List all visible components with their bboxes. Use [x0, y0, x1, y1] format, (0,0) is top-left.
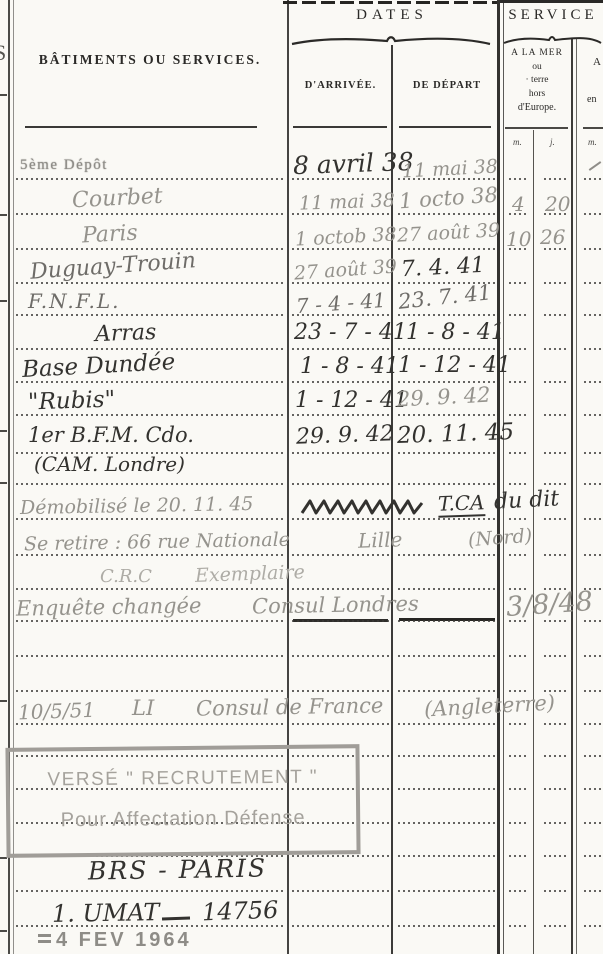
row-dotted-line [292, 655, 389, 657]
row-dotted-line [544, 452, 566, 454]
row-dotted-line [584, 248, 602, 250]
row-dotted-line [544, 723, 566, 725]
header-dates: DATES [292, 7, 492, 24]
row-depart: 7. 4. 41 [400, 253, 485, 282]
row-dotted-line [509, 414, 527, 416]
row-dotted-line [16, 890, 286, 892]
row-depart: 1 octo 38 [398, 183, 498, 214]
row-dotted-line [544, 620, 566, 622]
row-dotted-line [16, 213, 286, 215]
header-mer-line1: A LA MER [504, 47, 570, 61]
row-dotted-line [509, 655, 527, 657]
note-crc: C.R.C [100, 566, 152, 587]
date-stamp-mark [38, 940, 51, 943]
row-dotted-line [16, 588, 286, 590]
row-dotted-line [544, 925, 566, 927]
row-depart: 23. 7. 41 [397, 280, 493, 314]
row-dotted-line [584, 925, 602, 927]
row-arrivee: 8 avril 38 [293, 147, 415, 180]
row-dotted-line [16, 452, 286, 454]
row-dotted-line [16, 925, 286, 927]
row-dotted-line [292, 452, 389, 454]
row-dotted-line [509, 554, 527, 556]
row-service-mois: 4 [512, 192, 525, 216]
header-mer-line3: · terre [504, 74, 570, 88]
row-dotted-line [584, 381, 602, 383]
row-dotted-line [398, 314, 496, 316]
row-dotted-line [584, 788, 602, 790]
row-dotted-line [509, 822, 527, 824]
col-line-mois-jours [533, 130, 534, 954]
row-dotted-line [398, 788, 496, 790]
margin-tick [0, 700, 7, 702]
note-retire: Se retire : 66 rue Nationale [24, 529, 290, 556]
row-dotted-line [398, 925, 496, 927]
header-mer-line4: hors [504, 88, 570, 102]
note-retire-nord: (Nord) [467, 525, 533, 551]
row-depart: 29. 9. 42 [396, 383, 491, 412]
scan-edge-top-right [500, 0, 603, 3]
row-dotted-line [544, 314, 566, 316]
row-dotted-line [509, 755, 527, 757]
row-dotted-line [398, 655, 496, 657]
row-dotted-line [16, 348, 286, 350]
note-enquete-consul: Consul Londres [252, 592, 419, 619]
row-dotted-line [544, 855, 566, 857]
row-dotted-line [16, 314, 286, 316]
header-rule [583, 127, 603, 129]
row-dotted-line [398, 213, 496, 215]
row-dotted-line [544, 554, 566, 556]
row-dotted-line [292, 620, 389, 622]
row-service-mois: 10 [506, 227, 531, 251]
row-depart: 20. 11. 45 [397, 419, 515, 449]
row-dotted-line [398, 348, 496, 350]
unit-jours: j. [550, 137, 555, 147]
row-dotted-line [584, 554, 602, 556]
row-dotted-line [16, 690, 286, 692]
row-arrivee: 11 mai 38 [299, 189, 396, 214]
row-depart: 27 août 39 [396, 219, 500, 246]
row-dotted-line [509, 723, 527, 725]
row-dotted-line [584, 414, 602, 416]
note-consul-text: Consul de France [196, 693, 384, 720]
note-consul-li: LI [132, 696, 154, 720]
row-dotted-line [544, 518, 566, 520]
row-dotted-line [292, 690, 389, 692]
row-dotted-line [16, 620, 286, 622]
row-dotted-line [544, 178, 566, 180]
row-dotted-line [292, 414, 389, 416]
row-dotted-line [292, 554, 389, 556]
row-name: 1er B.F.M. Cdo. [28, 423, 194, 447]
verse-stamp-line2: Pour Affectation Défense [10, 806, 356, 833]
row-dotted-line [292, 348, 389, 350]
row-dotted-line [292, 925, 389, 927]
col-line-service-terre-a [571, 38, 573, 954]
row-dotted-line [398, 588, 496, 590]
row-dotted-line [509, 788, 527, 790]
service-brace [502, 33, 603, 46]
row-dotted-line [584, 213, 602, 215]
row-dotted-line [544, 348, 566, 350]
row-dotted-line [584, 690, 602, 692]
row-dotted-line [584, 822, 602, 824]
header-terre-en: en [587, 94, 596, 105]
row-dotted-line [544, 890, 566, 892]
note-du-dit: du dit [493, 486, 559, 514]
row-dotted-line [398, 483, 496, 485]
row-dotted-line [292, 483, 389, 485]
row-dotted-line [509, 518, 527, 520]
margin-tick [0, 482, 7, 484]
row-dotted-line [398, 554, 496, 556]
header-mer-line2: ou [504, 61, 570, 75]
row-dotted-line [584, 855, 602, 857]
margin-tick [0, 94, 7, 96]
note-consul-angleterre: (Angleterre) [423, 691, 555, 722]
note-consul-date: 10/5/51 [18, 698, 96, 725]
row-arrivee: 23 - 7 - 41 [294, 320, 407, 345]
row-dotted-line [398, 822, 496, 824]
row-dotted-line [398, 855, 496, 857]
row-dotted-line [292, 518, 389, 520]
date-stamp: 4 FEV 1964 [56, 929, 192, 952]
row-dotted-line [16, 178, 286, 180]
row-dotted-line [292, 890, 389, 892]
row-name: Courbet [71, 184, 163, 214]
row-dotted-line [16, 518, 286, 520]
row-dotted-line [16, 414, 286, 416]
dates-brace [290, 33, 492, 47]
margin-letter: S [0, 40, 6, 66]
row-dotted-line [398, 248, 496, 250]
header-arrivee: D'ARRIVÉE. [292, 80, 389, 91]
unit-mois-2: m. [588, 137, 597, 147]
row-dotted-line [16, 381, 286, 383]
row-name: Paris [81, 221, 138, 249]
header-depart: DE DÉPART [398, 80, 496, 91]
note-tca: T.CA [438, 490, 485, 518]
row-dotted-line [398, 452, 496, 454]
row-dotted-line [544, 655, 566, 657]
verse-stamp-line1: VERSÉ " RECRUTEMENT " [10, 766, 356, 792]
row-dotted-line [584, 723, 602, 725]
note-enquete-date: 3/8/48 [505, 586, 594, 623]
row-dotted-line [584, 314, 602, 316]
header-mer: A LA MER ou · terre hors d'Europe. [504, 47, 570, 115]
row-dotted-line [584, 452, 602, 454]
row-dotted-line [398, 890, 496, 892]
note-enquete: Enquête changée [16, 593, 202, 620]
header-service: SERVICE [503, 7, 603, 24]
row-dotted-line [544, 788, 566, 790]
margin-tick [0, 930, 7, 932]
header-mer-line5: d'Europe. [504, 101, 570, 115]
header-rule [505, 127, 568, 129]
row-name: F.N.F.L. [28, 289, 120, 313]
note-retire-lille: Lille [358, 527, 403, 553]
col-line-service-terre-b [576, 38, 577, 954]
row-name: 5ème Dépôt [20, 157, 108, 174]
row-dotted-line [509, 890, 527, 892]
col-line-dates-service-b [503, 0, 504, 954]
row-dotted-line [16, 723, 286, 725]
row-dotted-line [584, 620, 602, 622]
row-arrivee: 29. 9. 42 [296, 421, 395, 449]
row-dotted-line [398, 755, 496, 757]
row-name: Duguay-Trouin [29, 248, 196, 285]
col-line-dates-service-a [497, 0, 500, 954]
header-rule [25, 126, 257, 128]
row-dotted-line [509, 178, 527, 180]
note-brs-paris: BRS - PARIS [88, 853, 268, 885]
scribble [300, 497, 428, 517]
row-service-jours: 26 [540, 225, 565, 249]
row-dotted-line [544, 282, 566, 284]
row-depart: 1 - 12 - 41 [398, 353, 511, 378]
row-dotted-line [544, 822, 566, 824]
header-rule [399, 126, 491, 128]
row-dotted-line [544, 755, 566, 757]
row-name: "Rubis" [28, 386, 116, 415]
umat-dash [162, 917, 190, 920]
row-depart: 1 - 8 - 41 [406, 320, 505, 345]
row-dotted-line [16, 483, 286, 485]
row-dotted-line [584, 655, 602, 657]
row-dotted-line [544, 381, 566, 383]
row-name: Base Dundée [21, 349, 176, 383]
row-dotted-line [584, 282, 602, 284]
note-demobilise: Démobilisé le 20. 11. 45 [20, 493, 254, 519]
row-dotted-line [584, 518, 602, 520]
row-dotted-line [544, 483, 566, 485]
verse-recrutement-stamp: VERSÉ " RECRUTEMENT " Pour Affectation D… [5, 744, 360, 858]
row-dotted-line [292, 723, 389, 725]
service-record-page: S BÂTIMENTS OU SERVICES. DATES SERVICE D… [0, 0, 603, 954]
row-dotted-line [509, 348, 527, 350]
row-arrivee: 1 octob 38 [294, 223, 397, 250]
row-dotted-line [509, 452, 527, 454]
margin-tick [0, 430, 7, 432]
row-dotted-line [584, 890, 602, 892]
row-dotted-line [292, 855, 389, 857]
note-umat-number: 14756 [202, 896, 279, 927]
row-dotted-line [16, 554, 286, 556]
row-dotted-line [398, 518, 496, 520]
row-name: (CAM. Londre) [34, 452, 185, 476]
margin-tick [0, 214, 7, 216]
row-dotted-line [398, 620, 496, 622]
row-dotted-line [584, 483, 602, 485]
row-dotted-line [292, 588, 389, 590]
unit-mois: m. [513, 137, 522, 147]
row-dotted-line [16, 282, 286, 284]
row-dotted-line [584, 755, 602, 757]
row-arrivee: 27 août 39 [293, 255, 397, 284]
row-dotted-line [509, 925, 527, 927]
row-dotted-line [509, 314, 527, 316]
row-name: Arras [95, 320, 157, 347]
row-dotted-line [398, 414, 496, 416]
scan-edge-top [283, 1, 497, 4]
row-dotted-line [509, 282, 527, 284]
row-dotted-line [509, 483, 527, 485]
row-dotted-line [398, 723, 496, 725]
header-terre-a: A [593, 56, 601, 68]
row-dotted-line [509, 855, 527, 857]
row-service-jours: 20 [545, 192, 570, 216]
row-arrivee: 1 - 12 - 41 [295, 388, 408, 413]
note-umat-label: 1. UMAT [52, 898, 160, 928]
header-batiments: BÂTIMENTS OU SERVICES. [20, 52, 280, 68]
row-arrivee: 1 - 8 - 41 [300, 354, 399, 379]
row-dotted-line [544, 414, 566, 416]
row-dotted-line [16, 655, 286, 657]
date-stamp-mark [38, 934, 51, 937]
row-dotted-line [509, 381, 527, 383]
row-dotted-line [292, 381, 389, 383]
row-dotted-line [584, 348, 602, 350]
service-mark [589, 161, 602, 171]
header-rule [293, 126, 387, 128]
row-dotted-line [16, 248, 286, 250]
note-exemplaire: Exemplaire [195, 561, 306, 587]
margin-tick [0, 300, 7, 302]
row-dotted-line [584, 178, 602, 180]
row-dotted-line [398, 690, 496, 692]
